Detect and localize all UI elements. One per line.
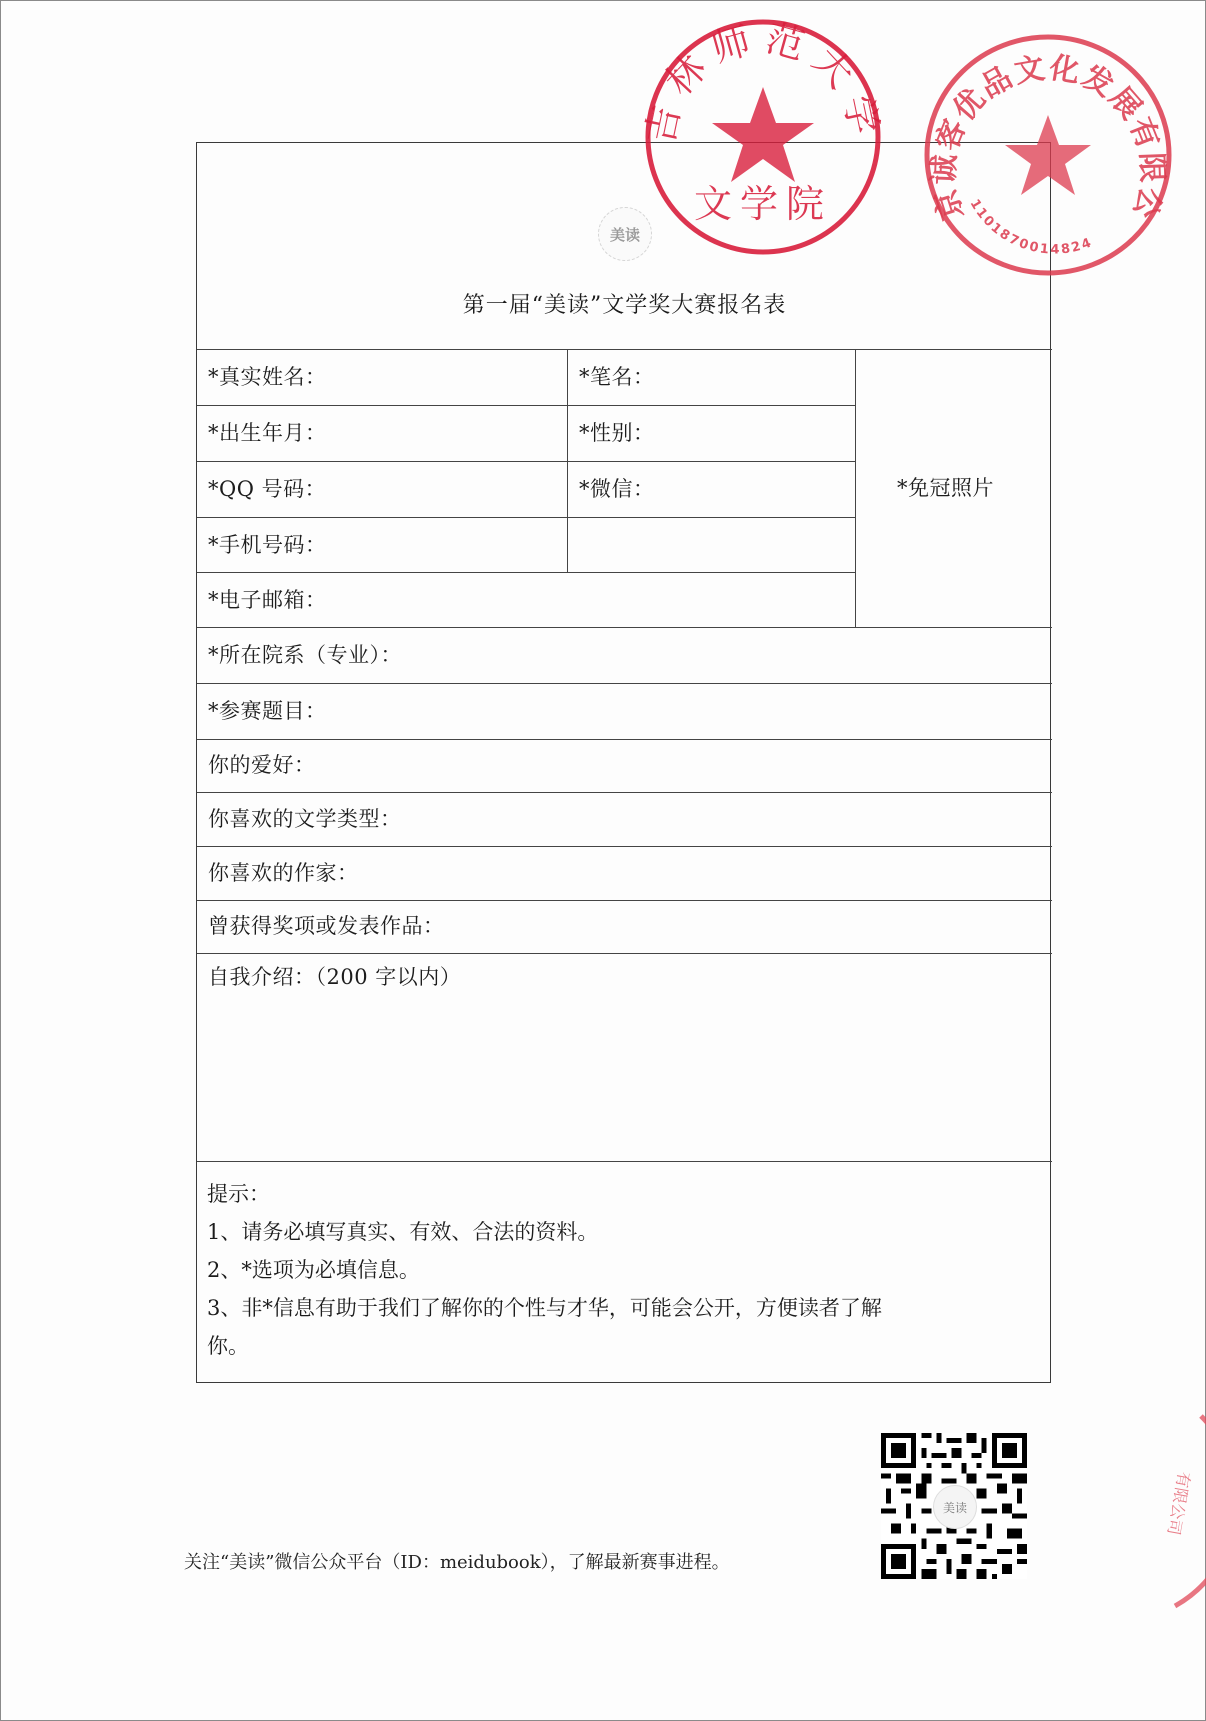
form-title: 第一届“美读”文学奖大赛报名表 <box>197 288 1052 319</box>
tip-item: 你。 <box>207 1327 882 1365</box>
tip-item: 1、请务必填写真实、有效、合法的资料。 <box>207 1213 882 1251</box>
divider <box>197 953 1052 954</box>
field-email[interactable]: *电子邮箱： <box>208 590 327 611</box>
field-favorite-author[interactable]: 你喜欢的作家： <box>208 863 359 884</box>
field-pen-name[interactable]: *笔名： <box>579 367 655 388</box>
svg-text:有限公司: 有限公司 <box>1164 1470 1194 1536</box>
divider <box>197 405 855 406</box>
company-seal-stamp: 北京诚客优品文化发展有限公司 1101870014824 <box>923 33 1173 278</box>
photo-placeholder[interactable]: *免冠照片 <box>897 478 994 499</box>
field-favorite-genre[interactable]: 你喜欢的文学类型： <box>208 809 402 830</box>
divider <box>197 517 855 518</box>
divider <box>197 739 1052 740</box>
tip-item: 3、非*信息有助于我们了解你的个性与才华，可能会公开，方便读者了解 <box>207 1289 882 1327</box>
divider <box>197 1161 1052 1162</box>
footer-follow-text: 关注“美读”微信公众平台（ID：meidubook），了解最新赛事进程。 <box>184 1548 730 1574</box>
registration-form: 美读 第一届“美读”文学奖大赛报名表 *真实姓名： *笔名： *出生年月： *性… <box>196 142 1051 1383</box>
wechat-qr-code[interactable]: 美读 <box>881 1433 1027 1579</box>
field-qq-number[interactable]: *QQ 号码： <box>208 479 326 500</box>
svg-text:1101870014824: 1101870014824 <box>967 197 1096 258</box>
partial-seal-stamp: 有限公司 <box>1161 1411 1206 1611</box>
divider <box>197 683 1052 684</box>
university-seal-stamp: 吉林师范大学 文学院 <box>643 17 883 257</box>
tips-heading: 提示： <box>207 1175 882 1213</box>
field-birth-date[interactable]: *出生年月： <box>208 423 327 444</box>
tip-item: 2、*选项为必填信息。 <box>207 1251 882 1289</box>
divider <box>197 900 1052 901</box>
field-awards[interactable]: 曾获得奖项或发表作品： <box>208 916 445 937</box>
column-divider <box>855 349 856 627</box>
scanned-page: 美读 第一届“美读”文学奖大赛报名表 *真实姓名： *笔名： *出生年月： *性… <box>0 0 1206 1721</box>
divider <box>197 461 855 462</box>
field-wechat[interactable]: *微信： <box>579 479 655 500</box>
divider <box>197 792 1052 793</box>
divider <box>197 572 855 573</box>
qr-logo-badge: 美读 <box>933 1485 977 1529</box>
field-real-name[interactable]: *真实姓名： <box>208 367 327 388</box>
field-self-intro[interactable]: 自我介绍：（200 字以内） <box>208 967 461 988</box>
divider <box>197 846 1052 847</box>
tips-section: 提示： 1、请务必填写真实、有效、合法的资料。 2、*选项为必填信息。 3、非*… <box>207 1175 882 1365</box>
field-entry-title[interactable]: *参赛题目： <box>208 701 327 722</box>
field-gender[interactable]: *性别： <box>579 423 655 444</box>
svg-text:文学院: 文学院 <box>694 182 832 226</box>
field-hobbies[interactable]: 你的爱好： <box>208 755 316 776</box>
field-department[interactable]: *所在院系（专业）： <box>208 645 402 666</box>
divider <box>197 349 1052 350</box>
column-divider <box>567 349 568 572</box>
field-mobile[interactable]: *手机号码： <box>208 535 327 556</box>
divider <box>197 627 1052 628</box>
